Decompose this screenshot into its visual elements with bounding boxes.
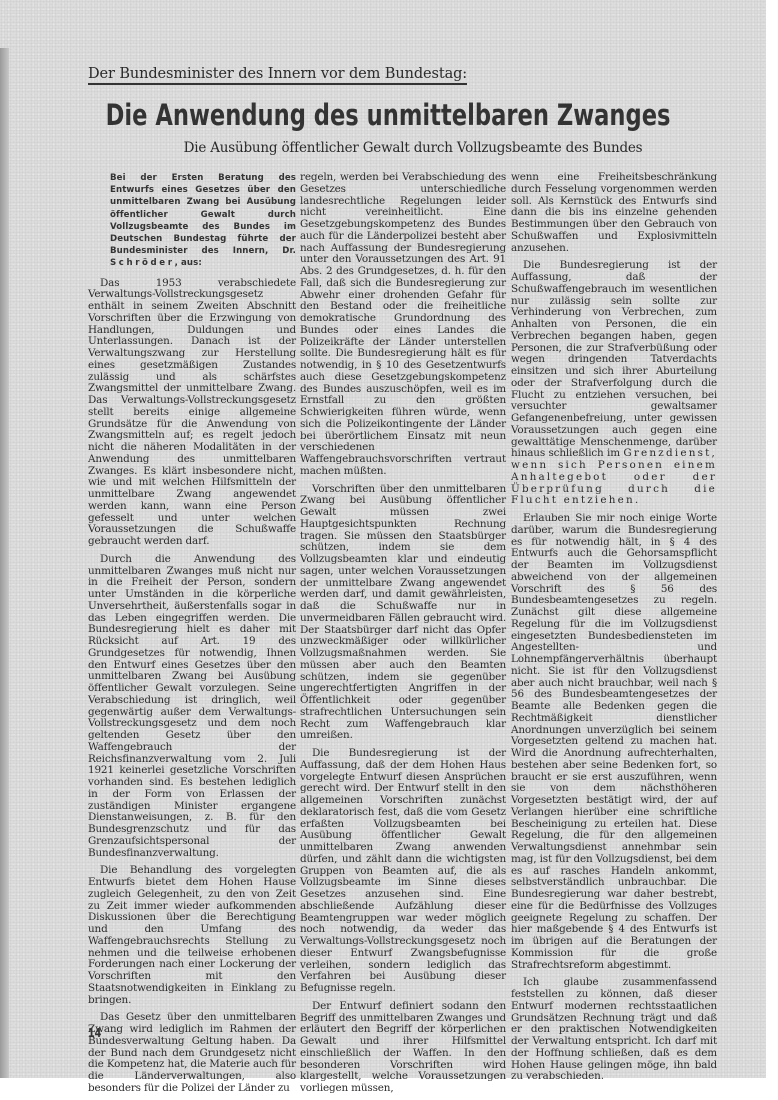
speaker-name: Schröder	[110, 258, 175, 268]
paragraph: Vorschriften über den unmittelbaren Zwan…	[300, 484, 506, 743]
page-number: 14	[88, 1026, 101, 1040]
paragraph: Das Gesetz über den unmittelbaren Zwang …	[88, 1012, 296, 1094]
paragraph-text: Die Bundesregierung ist der Auffassung, …	[511, 259, 717, 459]
article-title: Die Anwendung des unmittelbaren Zwanges	[89, 98, 686, 132]
paragraph: Die Bundesregierung ist der Auffassung, …	[300, 748, 506, 995]
column-2: regeln, werden bei Verabschiedung des Ge…	[300, 172, 506, 1100]
column-1: Bei der Ersten Beratung des Entwurfs ein…	[88, 172, 296, 1100]
intro-suffix: , aus:	[175, 258, 202, 268]
paragraph: Durch die Anwendung des unmittelbaren Zw…	[88, 554, 296, 860]
intro-paragraph: Bei der Ersten Beratung des Entwurfs ein…	[88, 172, 296, 270]
paragraph: Der Entwurf definiert sodann den Begriff…	[300, 1001, 506, 1095]
kicker-line: Der Bundesminister des Innern vor dem Bu…	[88, 66, 467, 85]
paragraph: Das 1953 verabschiedete Verwaltungs-Voll…	[88, 278, 296, 548]
paragraph: regeln, werden bei Verabschiedung des Ge…	[300, 172, 506, 478]
paragraph: Ich glaube zusammenfassend feststellen z…	[511, 977, 717, 1083]
paragraph: Die Bundesregierung ist der Auffassung, …	[511, 260, 717, 507]
article-subtitle: Die Ausübung öffentlicher Gewalt durch V…	[0, 140, 766, 156]
scanned-page: Der Bundesminister des Innern vor dem Bu…	[0, 0, 766, 1078]
column-3: wenn eine Freiheitsbeschränkung durch Fe…	[511, 172, 717, 1089]
paragraph: wenn eine Freiheitsbeschränkung durch Fe…	[511, 172, 717, 254]
page-binding-edge	[0, 48, 9, 1078]
paragraph: Die Behandlung des vorgelegten Entwurfs …	[88, 865, 296, 1006]
intro-text: Bei der Ersten Beratung des Entwurfs ein…	[110, 173, 296, 256]
paragraph: Erlauben Sie mir noch einige Worte darüb…	[511, 513, 717, 971]
